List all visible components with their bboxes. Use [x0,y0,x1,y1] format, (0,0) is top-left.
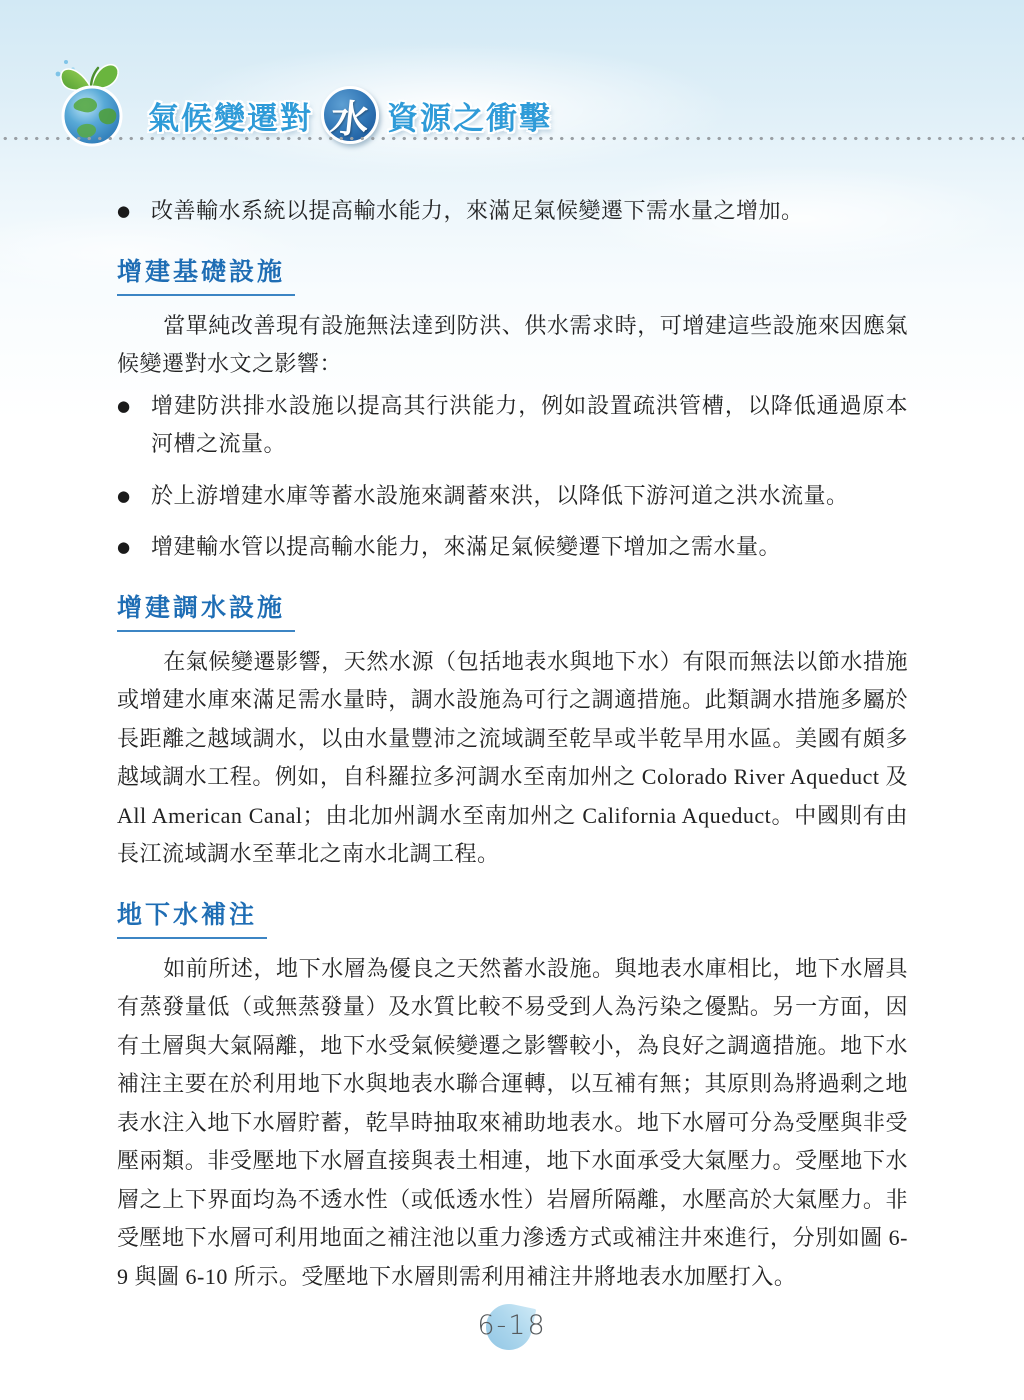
list-item: ● 增建防洪排水設施以提高其行洪能力，例如設置疏洪管槽，以降低通過原本河槽之流量… [117,387,908,464]
document-page: { "header": { "logo_icon": "earth-sprout… [0,0,1024,1400]
bullet-text: 改善輸水系統以提高輸水能力，來滿足氣候變遷下需水量之增加。 [151,192,908,231]
page-title-part2: 資源之衝擊 [387,93,552,138]
section-1: 增建基礎設施 [117,254,908,296]
paragraph: 如前所述，地下水層為優良之天然蓄水設施。與地表水庫相比，地下水層具有蒸發量低（或… [117,950,908,1297]
content-area: ● 改善輸水系統以提高輸水能力，來滿足氣候變遷下需水量之增加。 增建基礎設施 當… [117,192,908,1296]
section-2: 增建調水設施 [117,590,908,632]
bullet-list: ● 增建防洪排水設施以提高其行洪能力，例如設置疏洪管槽，以降低通過原本河槽之流量… [117,387,908,567]
page-number-container: 6-18 [472,1300,552,1360]
section-heading-infrastructure: 增建基礎設施 [117,257,295,296]
paragraph: 在氣候變遷影響，天然水源（包括地表水與地下水）有限而無法以節水措施或增建水庫來滿… [117,643,908,874]
water-character: 水 [328,88,372,143]
bullet-icon: ● [117,528,151,567]
paragraph: 當單純改善現有設施無法達到防洪、供水需求時，可增建這些設施來因應氣候變遷對水文之… [117,307,908,384]
section-heading-water-transfer: 增建調水設施 [117,593,295,632]
dotted-divider [0,136,1024,141]
page-number: 6-18 [472,1310,552,1341]
list-item: ● 改善輸水系統以提高輸水能力，來滿足氣候變遷下需水量之增加。 [117,192,908,231]
bullet-text: 增建防洪排水設施以提高其行洪能力，例如設置疏洪管槽，以降低通過原本河槽之流量。 [151,387,908,464]
section-heading-groundwater-recharge: 地下水補注 [117,900,267,939]
bullet-icon: ● [117,477,151,516]
page-footer: 6-18 [0,1300,1024,1360]
list-item: ● 增建輸水管以提高輸水能力，來滿足氣候變遷下增加之需水量。 [117,528,908,567]
bullet-icon: ● [117,192,151,231]
page-title-part1: 氣候變遷對 [148,93,313,138]
section-3: 地下水補注 [117,897,908,939]
bullet-text: 於上游增建水庫等蓄水設施來調蓄來洪，以降低下游河道之洪水流量。 [151,477,908,516]
list-item: ● 於上游增建水庫等蓄水設施來調蓄來洪，以降低下游河道之洪水流量。 [117,477,908,516]
bullet-icon: ● [117,387,151,464]
bullet-text: 增建輸水管以提高輸水能力，來滿足氣候變遷下增加之需水量。 [151,528,908,567]
